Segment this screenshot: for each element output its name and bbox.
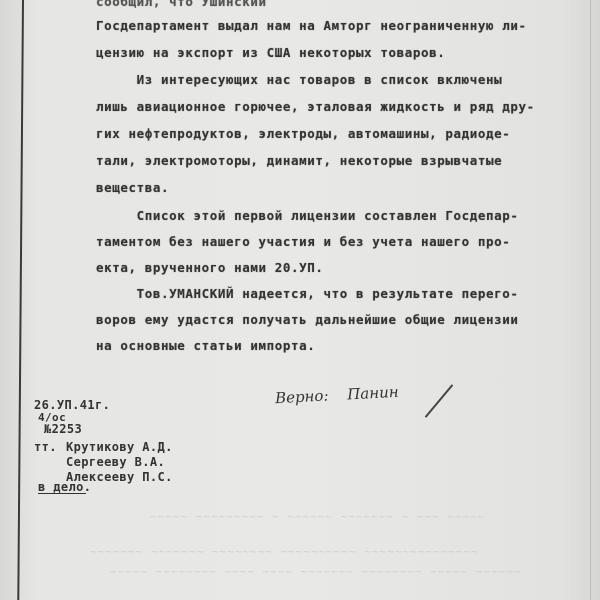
- paragraph-4-line-2: воров ему удастся получать дальнейшие об…: [96, 312, 519, 327]
- signature-name: Панин: [347, 383, 399, 404]
- paragraph-1-line-1: Госдепартамент выдал нам на Амторг неогр…: [96, 18, 527, 33]
- file-note: в дело.: [38, 480, 91, 494]
- paragraph-2-line-3: гих нефтепродуктов, электроды, автомашин…: [96, 126, 510, 141]
- paragraph-4-line-3: на основные статьи импорта.: [96, 338, 315, 353]
- paragraph-3-line-3: екта, врученного нами 20.УП.: [96, 260, 324, 275]
- bleed-through-text: ~~~~~~~ ~~~~~~~ ~~~~~~~~ ~~~~~~~~~~ ~~~~…: [90, 545, 479, 558]
- cut-off-line: сообщил, что Ушинский: [96, 0, 267, 9]
- margin-rule-right: [590, 0, 591, 600]
- paragraph-1-line-2: цензию на экспорт из США некоторых товар…: [96, 45, 445, 60]
- margin-rule-left: [17, 0, 24, 600]
- document-page: ~~~~~ ~~~~~~~~~ ~ ~~~~~~ ~~~~~~~ ~ ~~~ ~…: [0, 0, 600, 600]
- paragraph-3-line-2: таментом без нашего участия и без учета …: [96, 234, 510, 249]
- bleed-through-text: ~~~~~ ~~~~~~~~~ ~ ~~~~~~ ~~~~~~~ ~ ~~~ ~…: [150, 510, 485, 523]
- reference-number: №2253: [44, 422, 82, 436]
- paragraph-3-line-1: Список этой первой лицензии составлен Го…: [96, 208, 519, 223]
- recipients-prefix: тт.: [34, 440, 57, 454]
- recipient-1: Крутикову А.Д.: [66, 440, 173, 454]
- bleed-through-text: ~~~~~ ~~~~~~~~ ~~~~ ~~~~ ~~~~~~~ ~~~~~~~…: [110, 565, 522, 578]
- paragraph-2-line-1: Из интересующих нас товаров в список вкл…: [96, 72, 502, 87]
- file-note-underline: [38, 493, 86, 494]
- paragraph-4-line-1: Тов.УМАНСКИЙ надеется, что в результате …: [96, 286, 519, 301]
- signature-label: Верно:: [275, 386, 329, 407]
- recipient-2: Сергееву В.А.: [66, 455, 165, 469]
- handwritten-signature: Верно: Панин: [275, 383, 399, 407]
- signature-flourish: [425, 384, 454, 417]
- paragraph-2-line-4: тали, электромоторы, динамит, некоторые …: [96, 153, 502, 168]
- paragraph-2-line-5: вещества.: [96, 180, 169, 195]
- paragraph-2-line-2: лишь авиационное горючее, эталовая жидко…: [96, 99, 535, 114]
- document-date: 26.УП.41г.: [34, 398, 110, 412]
